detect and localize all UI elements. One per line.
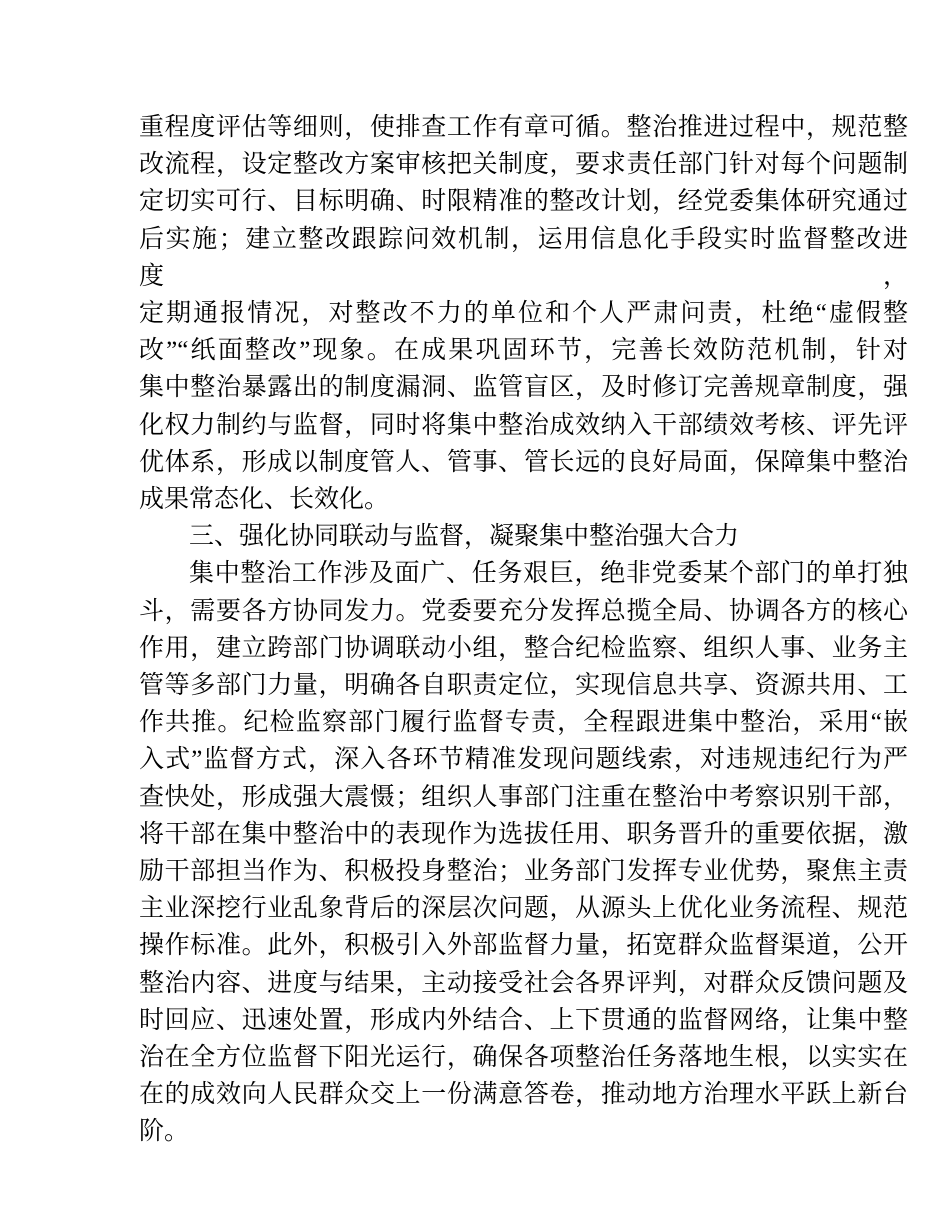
text-line: 管等多部门力量，明确各自职责定位，实现信息共享、资源共用、工 (139, 667, 908, 704)
text-line: 定切实可行、目标明确、时限精准的整改计划，经党委集体研究通过 (139, 183, 908, 220)
text-line: 集中整治工作涉及面广、任务艰巨，绝非党委某个部门的单打独 (139, 555, 908, 592)
text-line: 定期通报情况，对整改不力的单位和个人严肃问责，杜绝“虚假整 (139, 295, 908, 332)
text-line: 主业深挖行业乱象背后的深层次问题，从源头上优化业务流程、规范 (139, 890, 908, 927)
text-line: 入式”监督方式，深入各环节精准发现问题线索，对违规违纪行为严 (139, 741, 908, 778)
text-line: 集中整治暴露出的制度漏洞、监管盲区，及时修订完善规章制度，强 (139, 369, 908, 406)
paragraph-continuation: 重程度评估等细则，使排查工作有章可循。整治推进过程中，规范整改流程，设定整改方案… (139, 109, 908, 518)
paragraph-section-three: 集中整治工作涉及面广、任务艰巨，绝非党委某个部门的单打独斗，需要各方协同发力。党… (139, 555, 908, 1150)
document-page: 重程度评估等细则，使排查工作有章可循。整治推进过程中，规范整改流程，设定整改方案… (0, 0, 950, 1230)
text-line: 改流程，设定整改方案审核把关制度，要求责任部门针对每个问题制 (139, 146, 908, 183)
text-line: 将干部在集中整治中的表现作为选拔任用、职务晋升的重要依据，激 (139, 816, 908, 853)
document-body: 重程度评估等细则，使排查工作有章可循。整治推进过程中，规范整改流程，设定整改方案… (139, 109, 908, 1151)
text-line: 作共推。纪检监察部门履行监督专责，全程跟进集中整治，采用“嵌 (139, 704, 908, 741)
text-line: 操作标准。此外，积极引入外部监督力量，拓宽群众监督渠道，公开 (139, 927, 908, 964)
text-line: 在的成效向人民群众交上一份满意答卷，推动地方治理水平跃上新台 (139, 1076, 908, 1113)
text-line: 成果常态化、长效化。 (139, 481, 908, 518)
section-heading-three: 三、强化协同联动与监督，凝聚集中整治强大合力 (139, 518, 908, 555)
text-line: 优体系，形成以制度管人、管事、管长远的良好局面，保障集中整治 (139, 444, 908, 481)
text-line: 改”“纸面整改”现象。在成果巩固环节，完善长效防范机制，针对 (139, 332, 908, 369)
text-line: 重程度评估等细则，使排查工作有章可循。整治推进过程中，规范整 (139, 109, 908, 146)
text-line: 励干部担当作为、积极投身整治；业务部门发挥专业优势，聚焦主责 (139, 853, 908, 890)
text-line: 化权力制约与监督，同时将集中整治成效纳入干部绩效考核、评先评 (139, 407, 908, 444)
text-line: 斗，需要各方协同发力。党委要充分发挥总揽全局、协调各方的核心 (139, 593, 908, 630)
text-line: 三、强化协同联动与监督，凝聚集中整治强大合力 (139, 518, 908, 555)
text-line: 整治内容、进度与结果，主动接受社会各界评判，对群众反馈问题及 (139, 965, 908, 1002)
text-line: 阶。 (139, 1113, 908, 1150)
text-line: 后实施；建立整改跟踪问效机制，运用信息化手段实时监督整改进度， (139, 221, 908, 295)
text-line: 治在全方位监督下阳光运行，确保各项整治任务落地生根，以实实在 (139, 1039, 908, 1076)
text-line: 查快处，形成强大震慑；组织人事部门注重在整治中考察识别干部， (139, 779, 908, 816)
text-line: 时回应、迅速处置，形成内外结合、上下贯通的监督网络，让集中整 (139, 1002, 908, 1039)
text-line: 作用，建立跨部门协调联动小组，整合纪检监察、组织人事、业务主 (139, 630, 908, 667)
